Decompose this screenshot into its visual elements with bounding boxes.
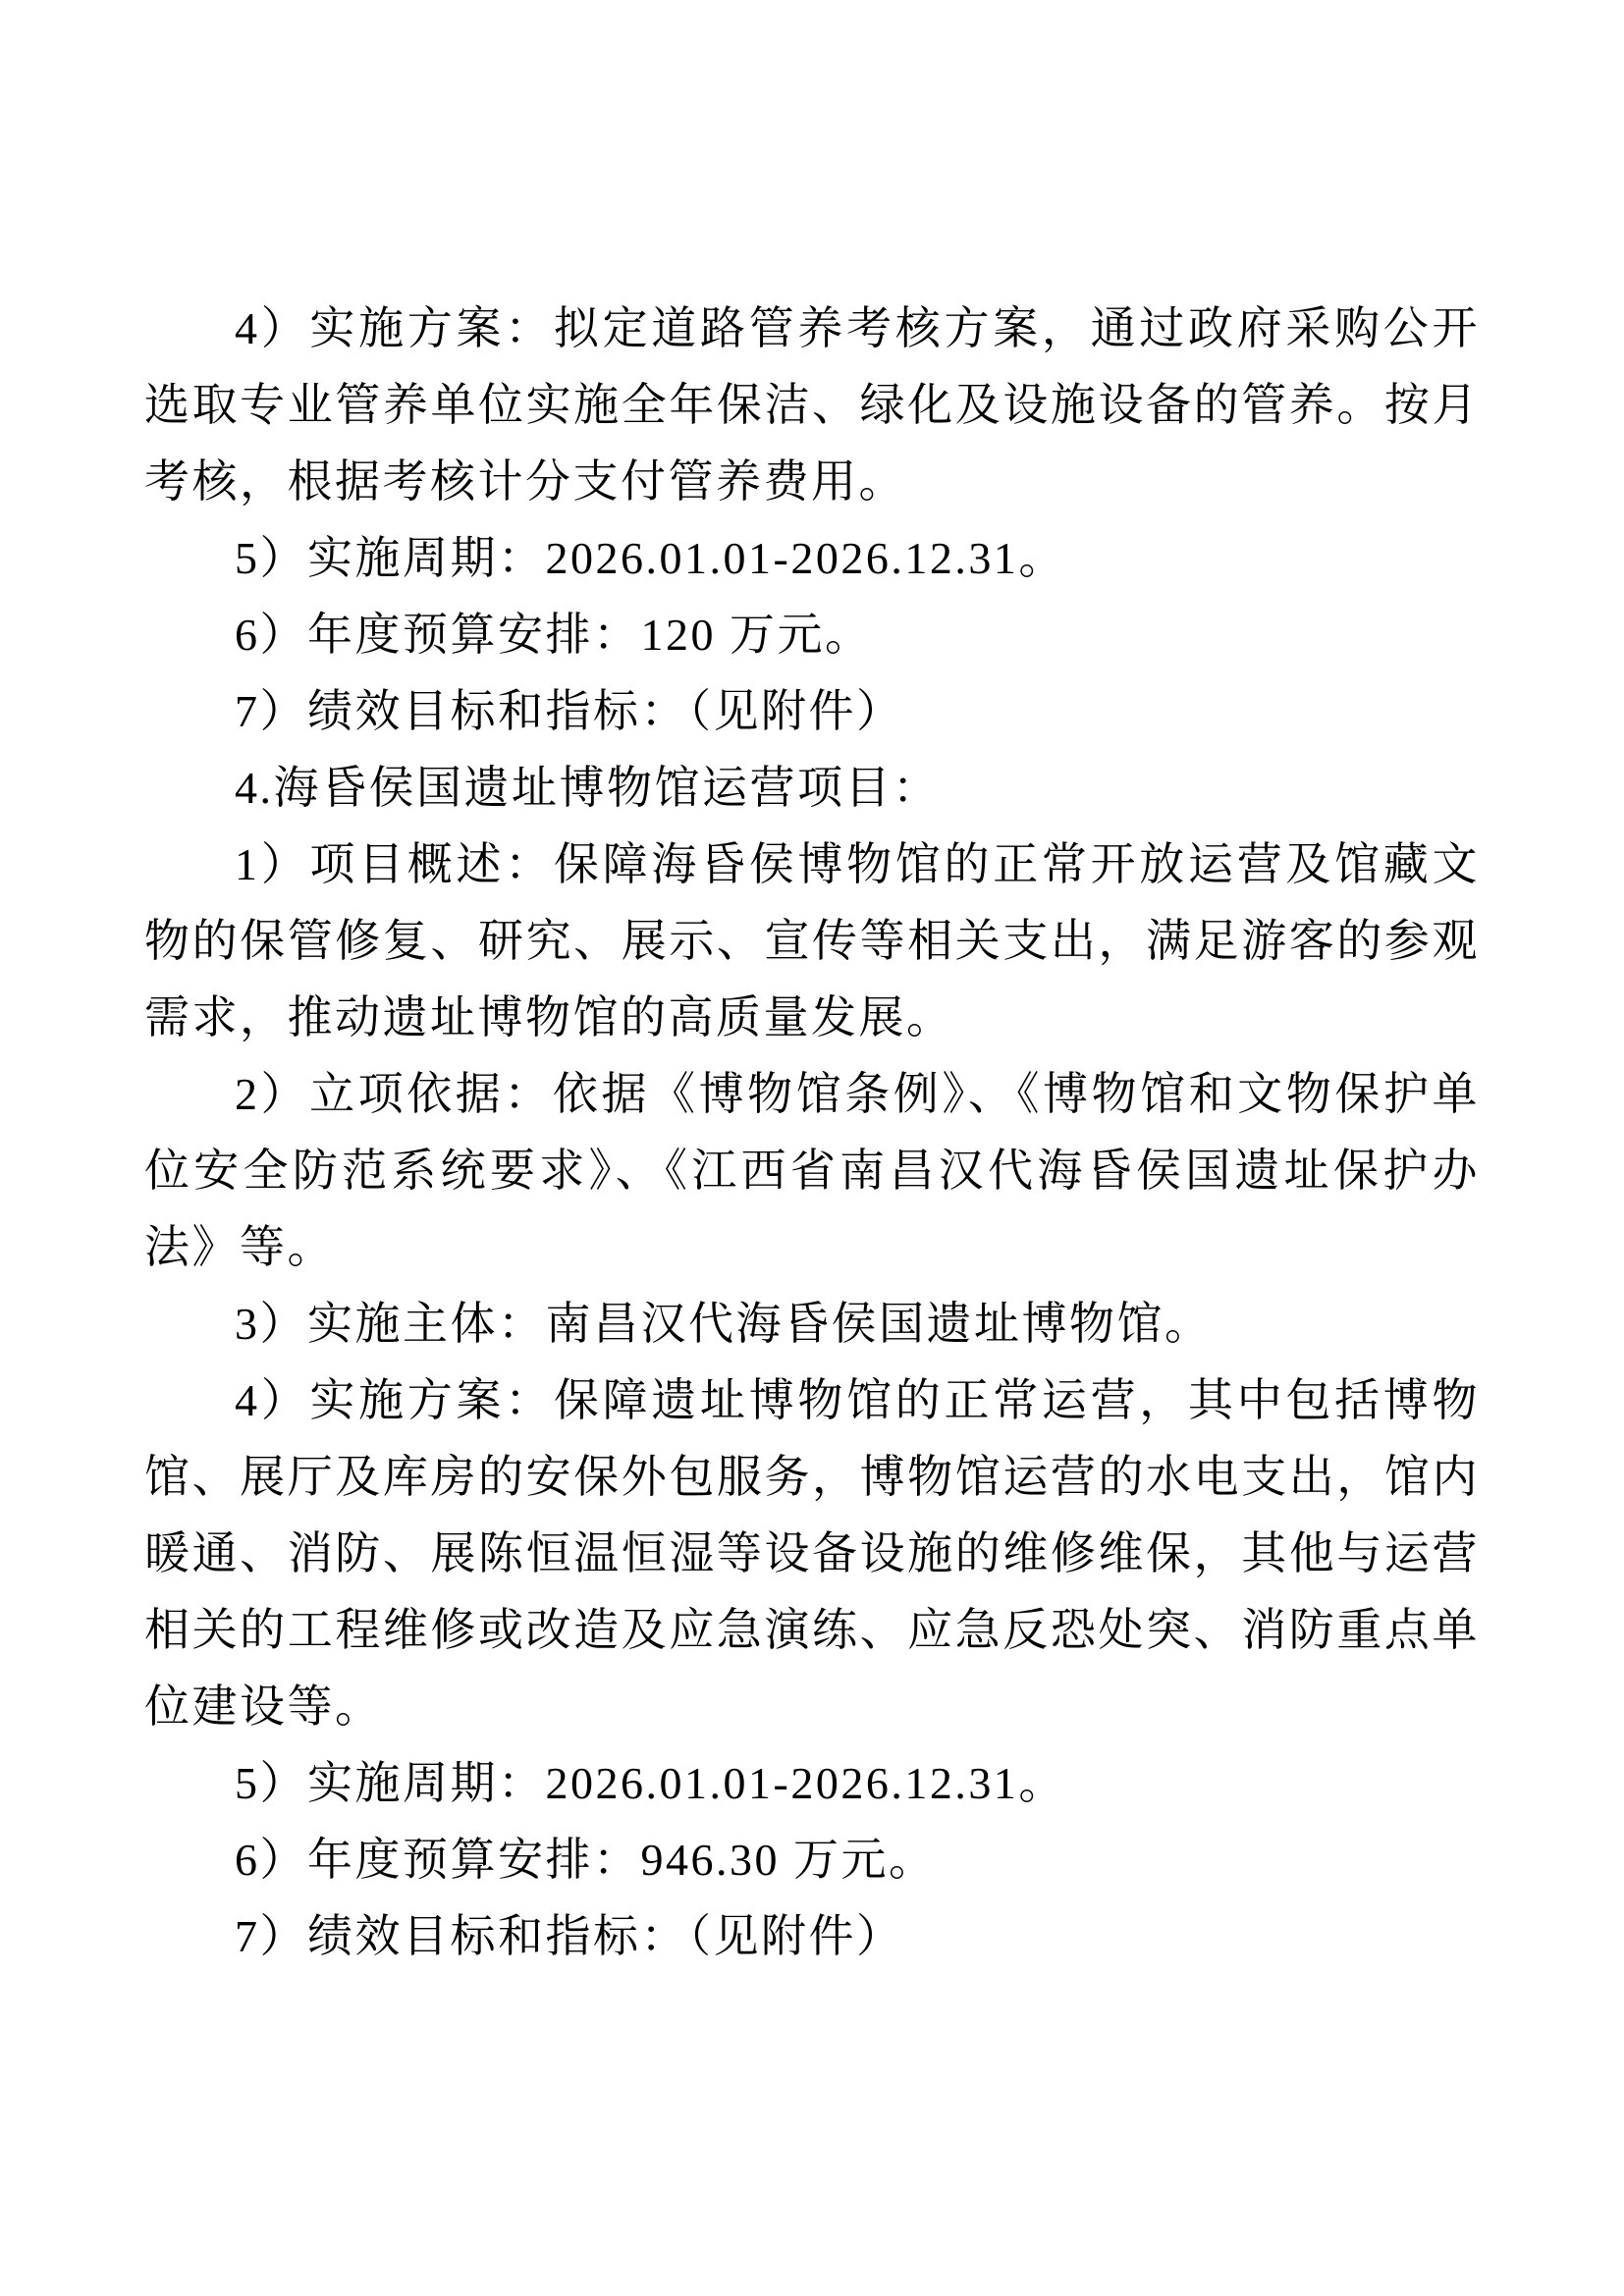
para-road-performance-targets: 7）绩效目标和指标：（见附件） [144, 673, 1480, 750]
para-museum-project-basis: 2）立项依据：依据《博物馆条例》、《博物馆和文物保护单位安全防范系统要求》、《江… [144, 1056, 1480, 1286]
para-museum-performance-targets: 7）绩效目标和指标：（见附件） [144, 1898, 1480, 1975]
para-museum-project-heading: 4.海昏侯国遗址博物馆运营项目： [144, 750, 1480, 827]
document-page: 4）实施方案：拟定道路管养考核方案，通过政府采购公开选取专业管养单位实施全年保洁… [0, 0, 1624, 2296]
para-museum-project-overview: 1）项目概述：保障海昏侯博物馆的正常开放运营及馆藏文物的保管修复、研究、展示、宣… [144, 827, 1480, 1056]
para-road-implementation-period: 5）实施周期：2026.01.01-2026.12.31。 [144, 520, 1480, 597]
para-road-annual-budget: 6）年度预算安排：120 万元。 [144, 597, 1480, 673]
para-museum-implementation-period: 5）实施周期：2026.01.01-2026.12.31。 [144, 1745, 1480, 1822]
para-museum-annual-budget: 6）年度预算安排：946.30 万元。 [144, 1822, 1480, 1898]
para-museum-implementation-plan: 4）实施方案：保障遗址博物馆的正常运营，其中包括博物馆、展厅及库房的安保外包服务… [144, 1362, 1480, 1745]
para-museum-implementing-body: 3）实施主体：南昌汉代海昏侯国遗址博物馆。 [144, 1286, 1480, 1362]
para-road-implementation-plan: 4）实施方案：拟定道路管养考核方案，通过政府采购公开选取专业管养单位实施全年保洁… [144, 291, 1480, 520]
document-body: 4）实施方案：拟定道路管养考核方案，通过政府采购公开选取专业管养单位实施全年保洁… [144, 291, 1480, 1975]
